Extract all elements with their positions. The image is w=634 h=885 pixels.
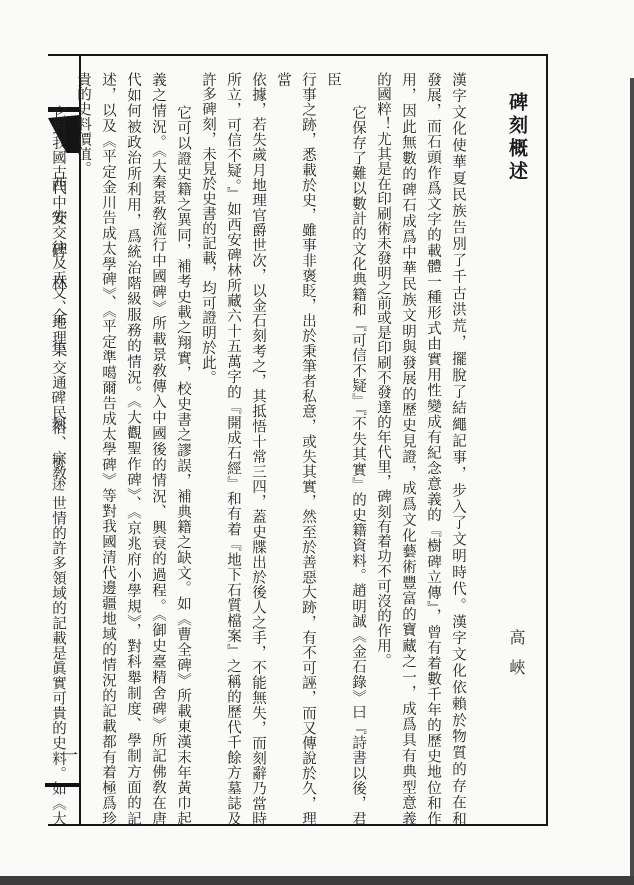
page-number: 一 (55, 746, 80, 763)
sidebar-section-label: 碑刻 (49, 390, 65, 443)
body-column: 發展，而石頭作爲文字的載體一種形式由實用性變成有紀念意義的『樹碑立傳』，曾有着數… (420, 72, 445, 826)
body-column: 漢字文化使華夏民族告別了千古洪荒，擺脫了結繩記事，步入了文明時代。漢字文化依賴於… (445, 72, 470, 826)
scan-edge-right (630, 78, 634, 885)
body-column: 代如何被政治所利用，爲統治階級服務的情況。《大觀聖作碑》、《京兆府小學規》，對科… (120, 72, 145, 826)
author-name: 高峽 (504, 629, 527, 689)
sidebar-subsection-label: 概述 (50, 455, 65, 501)
body-column: 義之情況。《大秦景敎流行中國碑》所載景敎傳入中國後的情況、興衰的過程。《御史臺精… (145, 72, 170, 826)
page-title: 碑刻概述 (503, 92, 530, 184)
folio-mark (45, 783, 81, 787)
body-column: 它保存了難以數計的文化典籍和『可信不疑』『不失其實』的史籍資料。趙明誠《金石錄》… (320, 72, 370, 826)
frame-right-rule (546, 54, 548, 825)
body-column: 貴的史料價值。 (70, 72, 95, 826)
spine-sidebar: 西安碑林全集碑刻概述 (46, 176, 69, 501)
sidebar-series-title: 西安碑林全集 (49, 176, 66, 374)
body-column: 用，因此無數的碑石成爲中華民族文明與發展的歷史見證，成爲文化藝術豐富的寶藏之一，… (395, 72, 420, 826)
body-column: 許多碑刻，未見於史書的記載，均可證明於此。 (195, 72, 220, 826)
body-column: 所立，可信不疑。』如西安碑林所藏六十五萬字的『開成石經』和有着『地下石質檔案』之… (220, 72, 245, 826)
scan-edge-bottom (0, 876, 634, 885)
body-column: 它可以證史籍之異同，補考史載之翔實，校史書之謬誤，補典籍之缺文。如《曹全碑》所載… (170, 72, 195, 826)
body-text-block: 漢字文化使華夏民族告別了千古洪荒，擺脫了結繩記事，步入了文明時代。漢字文化依賴於… (81, 55, 470, 826)
body-column: 的國粹！尤其是在印刷術未發明之前或是印刷不發達的年代里，碑刻有着功不可沒的作用。 (370, 72, 395, 826)
body-column: 行事之跡，悉載於史，雖事非褒貶，出於秉筆者私意，或失其實，然至於善惡大跡，有不可… (270, 72, 320, 826)
body-column: 依據，若失歲月地理官爵世次，以金石刻考之，其抵悟十常三四，蓋史牒出於後人之手，不… (245, 72, 270, 826)
body-column: 述，以及《平定金川告成太學碑》、《平定準噶爾告成太學碑》等對我國清代邊疆地域的情… (95, 72, 120, 826)
